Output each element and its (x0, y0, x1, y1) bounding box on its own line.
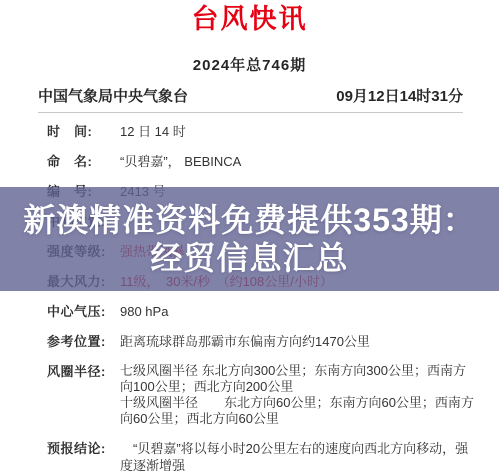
typhoon-bulletin-page: 台风快讯 2024年总746期 中国气象局中央气象台 09月12日14时31分 … (0, 0, 499, 471)
page-title: 台风快讯 (0, 0, 499, 33)
row-value: 980 hPa (120, 303, 477, 320)
info-row: 风圈半径: 七级风圈半径 东北方向300公里；东南方向300公里；西南方向100… (47, 363, 477, 427)
info-row: 时 间: 12 日 14 时 (47, 123, 477, 140)
info-row: 命 名: “贝碧嘉”， BEBINCA (47, 153, 477, 170)
watermark-overlay: 新澳精准资料免费提供353期： 经贸信息汇总 (0, 187, 499, 291)
masthead: 中国气象局中央气象台 09月12日14时31分 (38, 88, 463, 113)
row-value: 距离琉球群岛那霸市东偏南方向约1470公里 (120, 333, 477, 350)
row-label: 时 间: (47, 123, 120, 140)
issue-datetime: 09月12日14时31分 (336, 88, 463, 106)
row-value: 12 日 14 时 (120, 123, 477, 140)
row-label: 中心气压: (47, 303, 120, 320)
row-label: 命 名: (47, 153, 120, 170)
bulletin-table: 时 间: 12 日 14 时 命 名: “贝碧嘉”， BEBINCA 编 号: … (47, 113, 477, 471)
row-value: “贝碧嘉”将以每小时20公里左右的速度向西北方向移动，强度逐渐增强 (120, 440, 477, 471)
watermark-line-2: 经贸信息汇总 (150, 239, 348, 277)
info-row: 预报结论: “贝碧嘉”将以每小时20公里左右的速度向西北方向移动，强度逐渐增强 (47, 440, 477, 471)
row-label: 参考位置: (47, 333, 120, 350)
row-value: “贝碧嘉”， BEBINCA (120, 153, 477, 170)
watermark-line-1: 新澳精准资料免费提供353期： (23, 201, 475, 239)
agency-name: 中国气象局中央气象台 (38, 88, 188, 106)
info-row: 参考位置: 距离琉球群岛那霸市东偏南方向约1470公里 (47, 333, 477, 350)
row-label: 风圈半径: (47, 363, 120, 380)
row-value: 七级风圈半径 东北方向300公里；东南方向300公里；西南方向100公里；西北方… (120, 363, 477, 427)
row-label: 预报结论: (47, 440, 120, 457)
info-row: 中心气压: 980 hPa (47, 303, 477, 320)
issue-number: 2024年总746期 (0, 57, 499, 75)
